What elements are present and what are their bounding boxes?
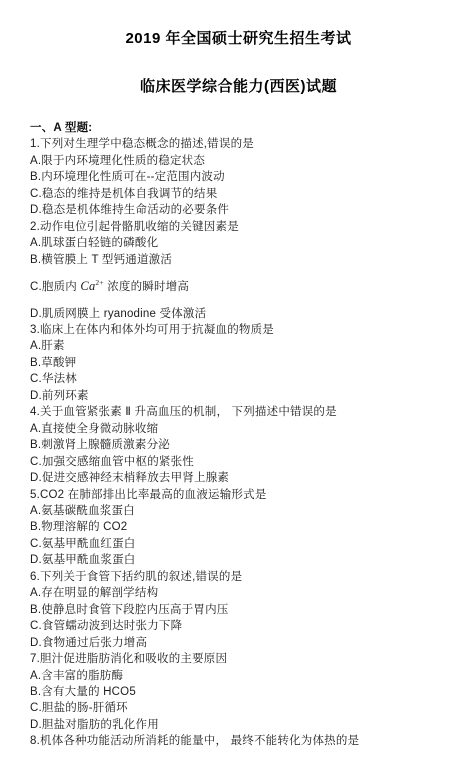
exam-title-subject: 临床医学综合能力(西医)试题: [30, 78, 447, 96]
option-line: C.华法林: [30, 371, 447, 387]
question-line: 5.CO2 在肺部排出比率最高的血液运输形式是: [30, 487, 447, 503]
option-line: D.食物通过后张力增高: [30, 635, 447, 651]
option-line: D.氨基甲酰血浆蛋白: [30, 552, 447, 568]
question-line: 3.临床上在体内和体外均可用于抗凝血的物质是: [30, 322, 447, 338]
exam-paper-page: 2019 年全国硕士研究生招生考试 临床医学综合能力(西医)试题 一、A 型题:…: [0, 0, 467, 758]
option-line: C.食管蠕动波到达时张力下降: [30, 618, 447, 634]
math-symbol: Ca: [80, 279, 95, 293]
option-line: C.稳态的维持是机体自我调节的结果: [30, 186, 447, 202]
option-line: B.使静息时食管下段腔内压高于胃内压: [30, 602, 447, 618]
option-line: C.胞质内 Ca2+ 浓度的瞬时增高: [30, 278, 447, 295]
option-line: A.直接使全身微动脉收缩: [30, 421, 447, 437]
question-line: 8.机体各种功能活动所消耗的能量中， 最终不能转化为体热的是: [30, 733, 447, 749]
question-line: 6.下列关于食管下括约肌的叙述,错误的是: [30, 569, 447, 585]
option-line: B.物理溶解的 CO2: [30, 519, 447, 535]
section-heading: 一、A 型题:: [30, 120, 447, 136]
option-line: A.肌球蛋白轻链的磷酸化: [30, 235, 447, 251]
option-line: D.促进交感神经末梢释放去甲肾上腺素: [30, 470, 447, 486]
option-line: D.前列环素: [30, 388, 447, 404]
option-line: B.含有大量的 HCO5: [30, 684, 447, 700]
option-line: B.内环境理化性质可在--定范围内波动: [30, 169, 447, 185]
option-line: A.氨基碳酰血浆蛋白: [30, 503, 447, 519]
option-line: C.氨基甲酰血红蛋白: [30, 536, 447, 552]
option-line: B.草酸钾: [30, 355, 447, 371]
text-segment: C.胞质内: [30, 281, 80, 293]
option-line: D.胆盐对脂肪的乳化作用: [30, 717, 447, 733]
screenshot-root: { "doc": { "title_line1": "2019 年全国硕士研究生…: [0, 0, 467, 758]
option-line: A.存在明显的解剖学结构: [30, 585, 447, 601]
option-line: B.横管膜上 T 型钙通道激活: [30, 252, 447, 268]
question-line: 7.胆汁促进脂肪消化和吸收的主要原因: [30, 651, 447, 667]
option-line: A.含丰富的脂肪酶: [30, 668, 447, 684]
option-line: C.加强交感缩血管中枢的紧张性: [30, 454, 447, 470]
text-segment: 浓度的瞬时增高: [104, 281, 189, 293]
question-line: 4.关于血管紧张素 Ⅱ 升高血压的机制， 下列描述中错误的是: [30, 404, 447, 420]
question-line: 2.动作电位引起骨骼肌收缩的关键因素是: [30, 219, 447, 235]
question-line: 1.下列对生理学中稳态概念的描述,错误的是: [30, 136, 447, 152]
option-line: A.限于内环境理化性质的稳定状态: [30, 153, 447, 169]
option-line: D.肌质网膜上 ryanodine 受体激活: [30, 306, 447, 322]
option-line: B.刺激肾上腺髓质激素分泌: [30, 437, 447, 453]
superscript-text: 2+: [95, 278, 103, 287]
exam-title-year: 2019 年全国硕士研究生招生考试: [30, 30, 447, 48]
option-line: A.肝素: [30, 338, 447, 354]
exam-body: 一、A 型题:1.下列对生理学中稳态概念的描述,错误的是A.限于内环境理化性质的…: [30, 120, 447, 750]
option-line: C.胆盐的肠-肝循环: [30, 700, 447, 716]
option-line: D.稳态是机体维持生命活动的必要条件: [30, 202, 447, 218]
